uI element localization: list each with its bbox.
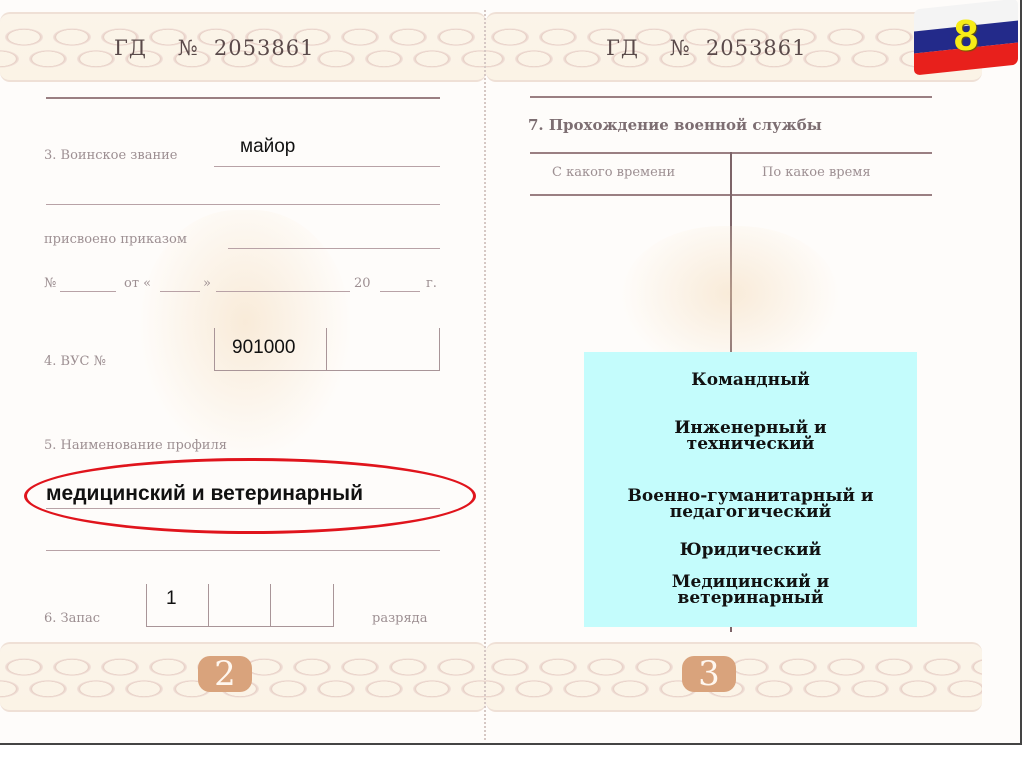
serial-value: 2053861: [706, 36, 807, 60]
reserve-label: 6. Запас: [44, 611, 100, 626]
serial-series: ГД: [606, 36, 639, 60]
order-no-line: [60, 291, 116, 292]
profile-label: 5. Наименование профиля: [44, 438, 227, 453]
left-page: ГД № 2053861 3. Воинское звание майор пр…: [0, 0, 486, 745]
order-month-line: [216, 291, 350, 292]
vus-label: 4. ВУС №: [44, 354, 106, 369]
highlight-ellipse: [24, 458, 476, 534]
serial-value: 2053861: [214, 36, 315, 60]
reserve-suffix: разряда: [372, 611, 427, 626]
profile-group-item: Инженерный и технический: [584, 420, 917, 452]
reserve-value: 1: [166, 588, 177, 610]
profile-line-2: [46, 550, 440, 551]
rank-line: [214, 166, 440, 167]
vus-box-2: [326, 328, 440, 371]
order-label: присвоено приказом: [44, 232, 187, 247]
profile-group-item: Командный: [584, 372, 917, 388]
header-rule: [530, 96, 932, 98]
page-number-3: 3: [682, 656, 736, 692]
number-sign: №: [178, 36, 199, 60]
service-section-title: 7. Прохождение военной службы: [528, 116, 822, 134]
serial-number: ГД № 2053861: [606, 36, 806, 60]
reserve-box-1: [146, 584, 209, 627]
profile-groups-callout: Командный Инженерный и технический Военн…: [584, 352, 917, 627]
profile-group-item: Медицинский и ветеринарный: [584, 574, 917, 606]
order-line: [228, 248, 440, 249]
serial-number: ГД № 2053861: [114, 36, 314, 60]
quote-close: »: [203, 276, 211, 291]
year-prefix: 20: [354, 276, 371, 291]
number-sign: №: [670, 36, 691, 60]
profile-group-item: Военно-гуманитарный и педагогический: [584, 488, 917, 520]
order-day-line: [160, 291, 200, 292]
order-from-label: от «: [124, 276, 151, 291]
year-suffix: г.: [426, 276, 437, 291]
column-header-from: С какого времени: [552, 165, 675, 180]
rank-value: майор: [240, 136, 295, 158]
year-line: [380, 291, 420, 292]
rank-label: 3. Воинское звание: [44, 148, 178, 163]
reserve-box-2: [208, 584, 271, 627]
header-rule: [46, 97, 440, 99]
serial-series: ГД: [114, 36, 147, 60]
column-header-to: По какое время: [762, 165, 871, 180]
slide-number: 8: [946, 6, 986, 66]
page-number-2: 2: [198, 656, 252, 692]
profile-group-item: Юридический: [584, 542, 917, 558]
rank-line-2: [46, 204, 440, 205]
vus-value: 901000: [232, 337, 295, 359]
reserve-box-3: [270, 584, 334, 627]
order-no-label: №: [44, 276, 56, 291]
